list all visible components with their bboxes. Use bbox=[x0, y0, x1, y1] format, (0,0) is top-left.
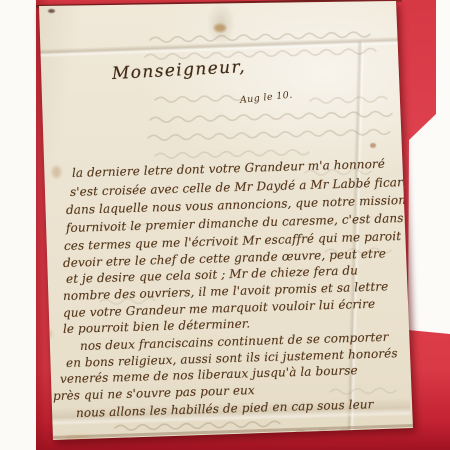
letter-paper: Monseigneur, Aug le 10. la derniere letr… bbox=[0, 0, 450, 450]
bleedthrough-line bbox=[145, 48, 376, 59]
bleedthrough-line bbox=[148, 129, 390, 140]
bleedthrough-line bbox=[155, 149, 309, 158]
letter-photograph: Monseigneur, Aug le 10. la derniere letr… bbox=[0, 0, 450, 450]
bleedthrough-line bbox=[115, 421, 280, 430]
bleedthrough-line bbox=[330, 388, 396, 395]
paper-shadow-wrap: Monseigneur, Aug le 10. la derniere letr… bbox=[0, 0, 450, 450]
bleedthrough-line bbox=[295, 429, 350, 435]
bleedthrough-line bbox=[150, 111, 392, 122]
bleedthrough-line bbox=[150, 32, 370, 43]
bleedthrough-line bbox=[155, 95, 243, 102]
bleedthrough-line bbox=[310, 96, 387, 103]
